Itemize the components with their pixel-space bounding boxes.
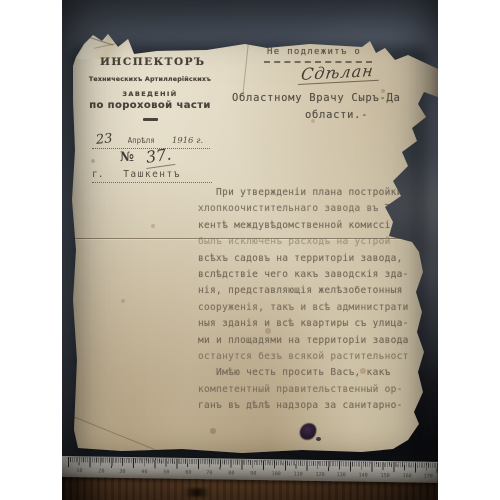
ruler-num: 170 <box>424 473 433 479</box>
ruler-num: 30 <box>120 468 126 474</box>
ruler-num: 40 <box>141 469 147 475</box>
letterhead-divider <box>143 118 158 121</box>
body-line: нія, представляющія желѣзобетонныя <box>198 283 430 299</box>
body-line: ныя зданія и всѣ квартиры съ улица- <box>198 316 430 332</box>
ruler-num: 60 <box>185 469 191 475</box>
ruler-num: 140 <box>359 472 368 478</box>
city-name: Ташкентъ <box>123 169 181 180</box>
ruler-num: 70 <box>206 470 212 476</box>
date-year: 1916 г. <box>172 136 203 146</box>
body-line: При утвержденіи плана постройки <box>198 185 430 201</box>
addressee-line1: Областному Врачу Сыръ-Да <box>232 92 401 104</box>
body-line: Имѣю честь просить Васъ, какъ <box>198 365 430 381</box>
letterhead-subtitle2: ЗАВЕДЕНІЙ <box>90 90 210 98</box>
body-line: всѣхъ садовъ на территоріи завода, <box>198 251 430 267</box>
ruler-num: 130 <box>337 472 346 478</box>
document-paper: ИНСПЕКТОРЪ Техническихъ Артиллерійскихъ … <box>62 0 438 460</box>
ink-blot-dot <box>316 437 321 441</box>
letterhead-title: ИНСПЕКТОРЪ <box>100 56 200 68</box>
ruler-num: 10 <box>76 468 82 474</box>
handwritten-day: 23 <box>95 131 113 148</box>
letterhead-subtitle: Техническихъ Артиллерійскихъ <box>86 76 214 83</box>
body-line: вслѣдствіе чего какъ заводскія зда- <box>198 267 430 283</box>
number-sign: № <box>120 150 134 165</box>
body-line: останутся безъ всякой растительност <box>198 349 430 365</box>
ruler-num: 100 <box>272 471 281 477</box>
ruler-num: 150 <box>380 473 389 479</box>
body-line: компетентный правительственный ор- <box>198 382 430 398</box>
body-line: ганъ въ дѣлѣ надзора за санитарно- <box>198 398 430 414</box>
ruler-num: 120 <box>315 472 324 478</box>
handwritten-note-text: Сдѣлан <box>298 61 381 85</box>
photo-of-document: 1020304050607080901001101201301401501601… <box>62 0 438 500</box>
body-line: сооруженія, такъ и всѣ администрати <box>198 300 430 316</box>
city-line: г. Ташкентъ <box>92 169 212 183</box>
ruler-num: 160 <box>402 473 411 479</box>
ruler-num: 80 <box>228 470 234 476</box>
ruler-num: 110 <box>294 471 303 477</box>
ink-blot <box>298 422 317 442</box>
date-month: Апрѣля <box>128 136 155 145</box>
screenshot: 1020304050607080901001101201301401501601… <box>0 0 500 500</box>
handwritten-number: 37. <box>144 144 176 169</box>
document-number-line: № 37. <box>120 146 175 167</box>
vertical-crease <box>242 44 248 96</box>
letterhead-department: по пороховой части <box>86 100 214 111</box>
city-prefix: г. <box>92 169 103 180</box>
ruler-num: 50 <box>163 469 169 475</box>
wood-knot <box>180 488 214 497</box>
ruler-num: 20 <box>98 468 104 474</box>
addressee-line2: области.- <box>305 109 368 121</box>
body-line: ми и площадями на территоріи завода <box>198 333 430 349</box>
secrecy-stamp-line: Не подлежитъ о <box>267 47 361 57</box>
ruler-num: 90 <box>250 470 256 476</box>
